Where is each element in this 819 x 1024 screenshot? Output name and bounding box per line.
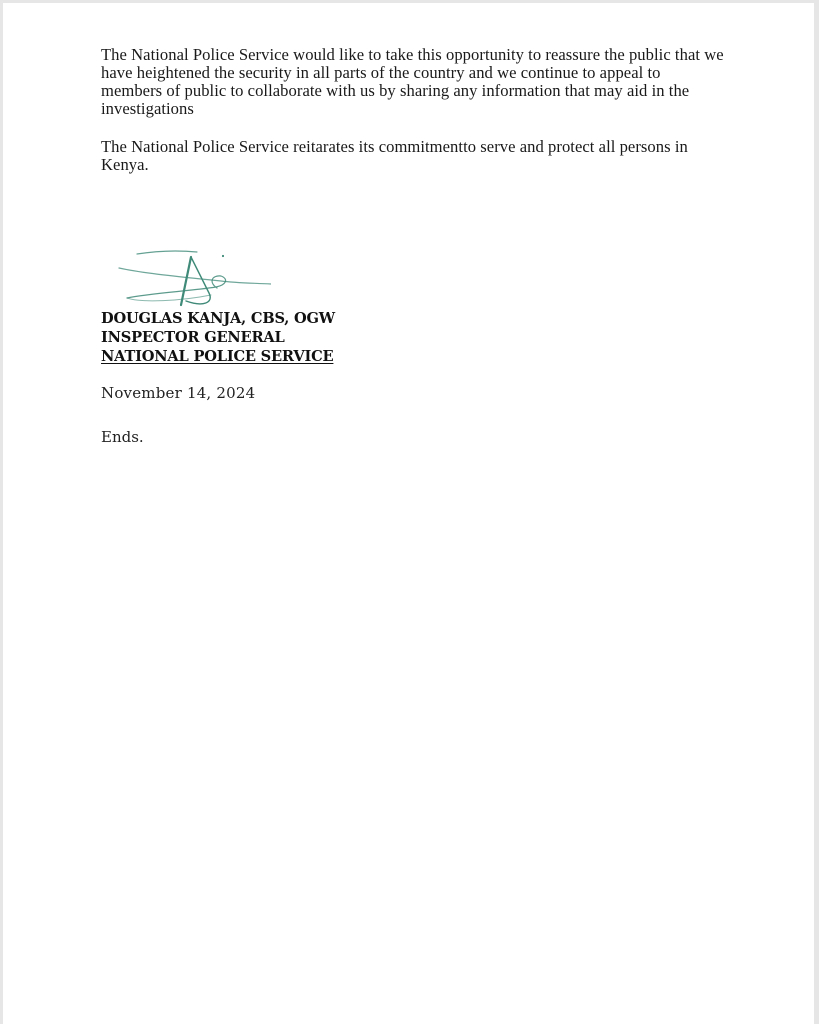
- document-page: The National Police Service would like t…: [3, 3, 814, 1024]
- signatory-name: DOUGLAS KANJA, CBS, OGW: [101, 309, 335, 328]
- paragraph-commitment: The National Police Service reitarates i…: [101, 138, 725, 174]
- signatory-block: DOUGLAS KANJA, CBS, OGW INSPECTOR GENERA…: [101, 309, 335, 366]
- signatory-title: INSPECTOR GENERAL: [101, 328, 335, 347]
- signature-icon: [111, 243, 271, 309]
- signatory-organization: NATIONAL POLICE SERVICE: [101, 347, 335, 366]
- statement-date: November 14, 2024: [101, 384, 255, 402]
- closing-text: Ends.: [101, 428, 144, 446]
- paragraph-reassurance: The National Police Service would like t…: [101, 46, 725, 118]
